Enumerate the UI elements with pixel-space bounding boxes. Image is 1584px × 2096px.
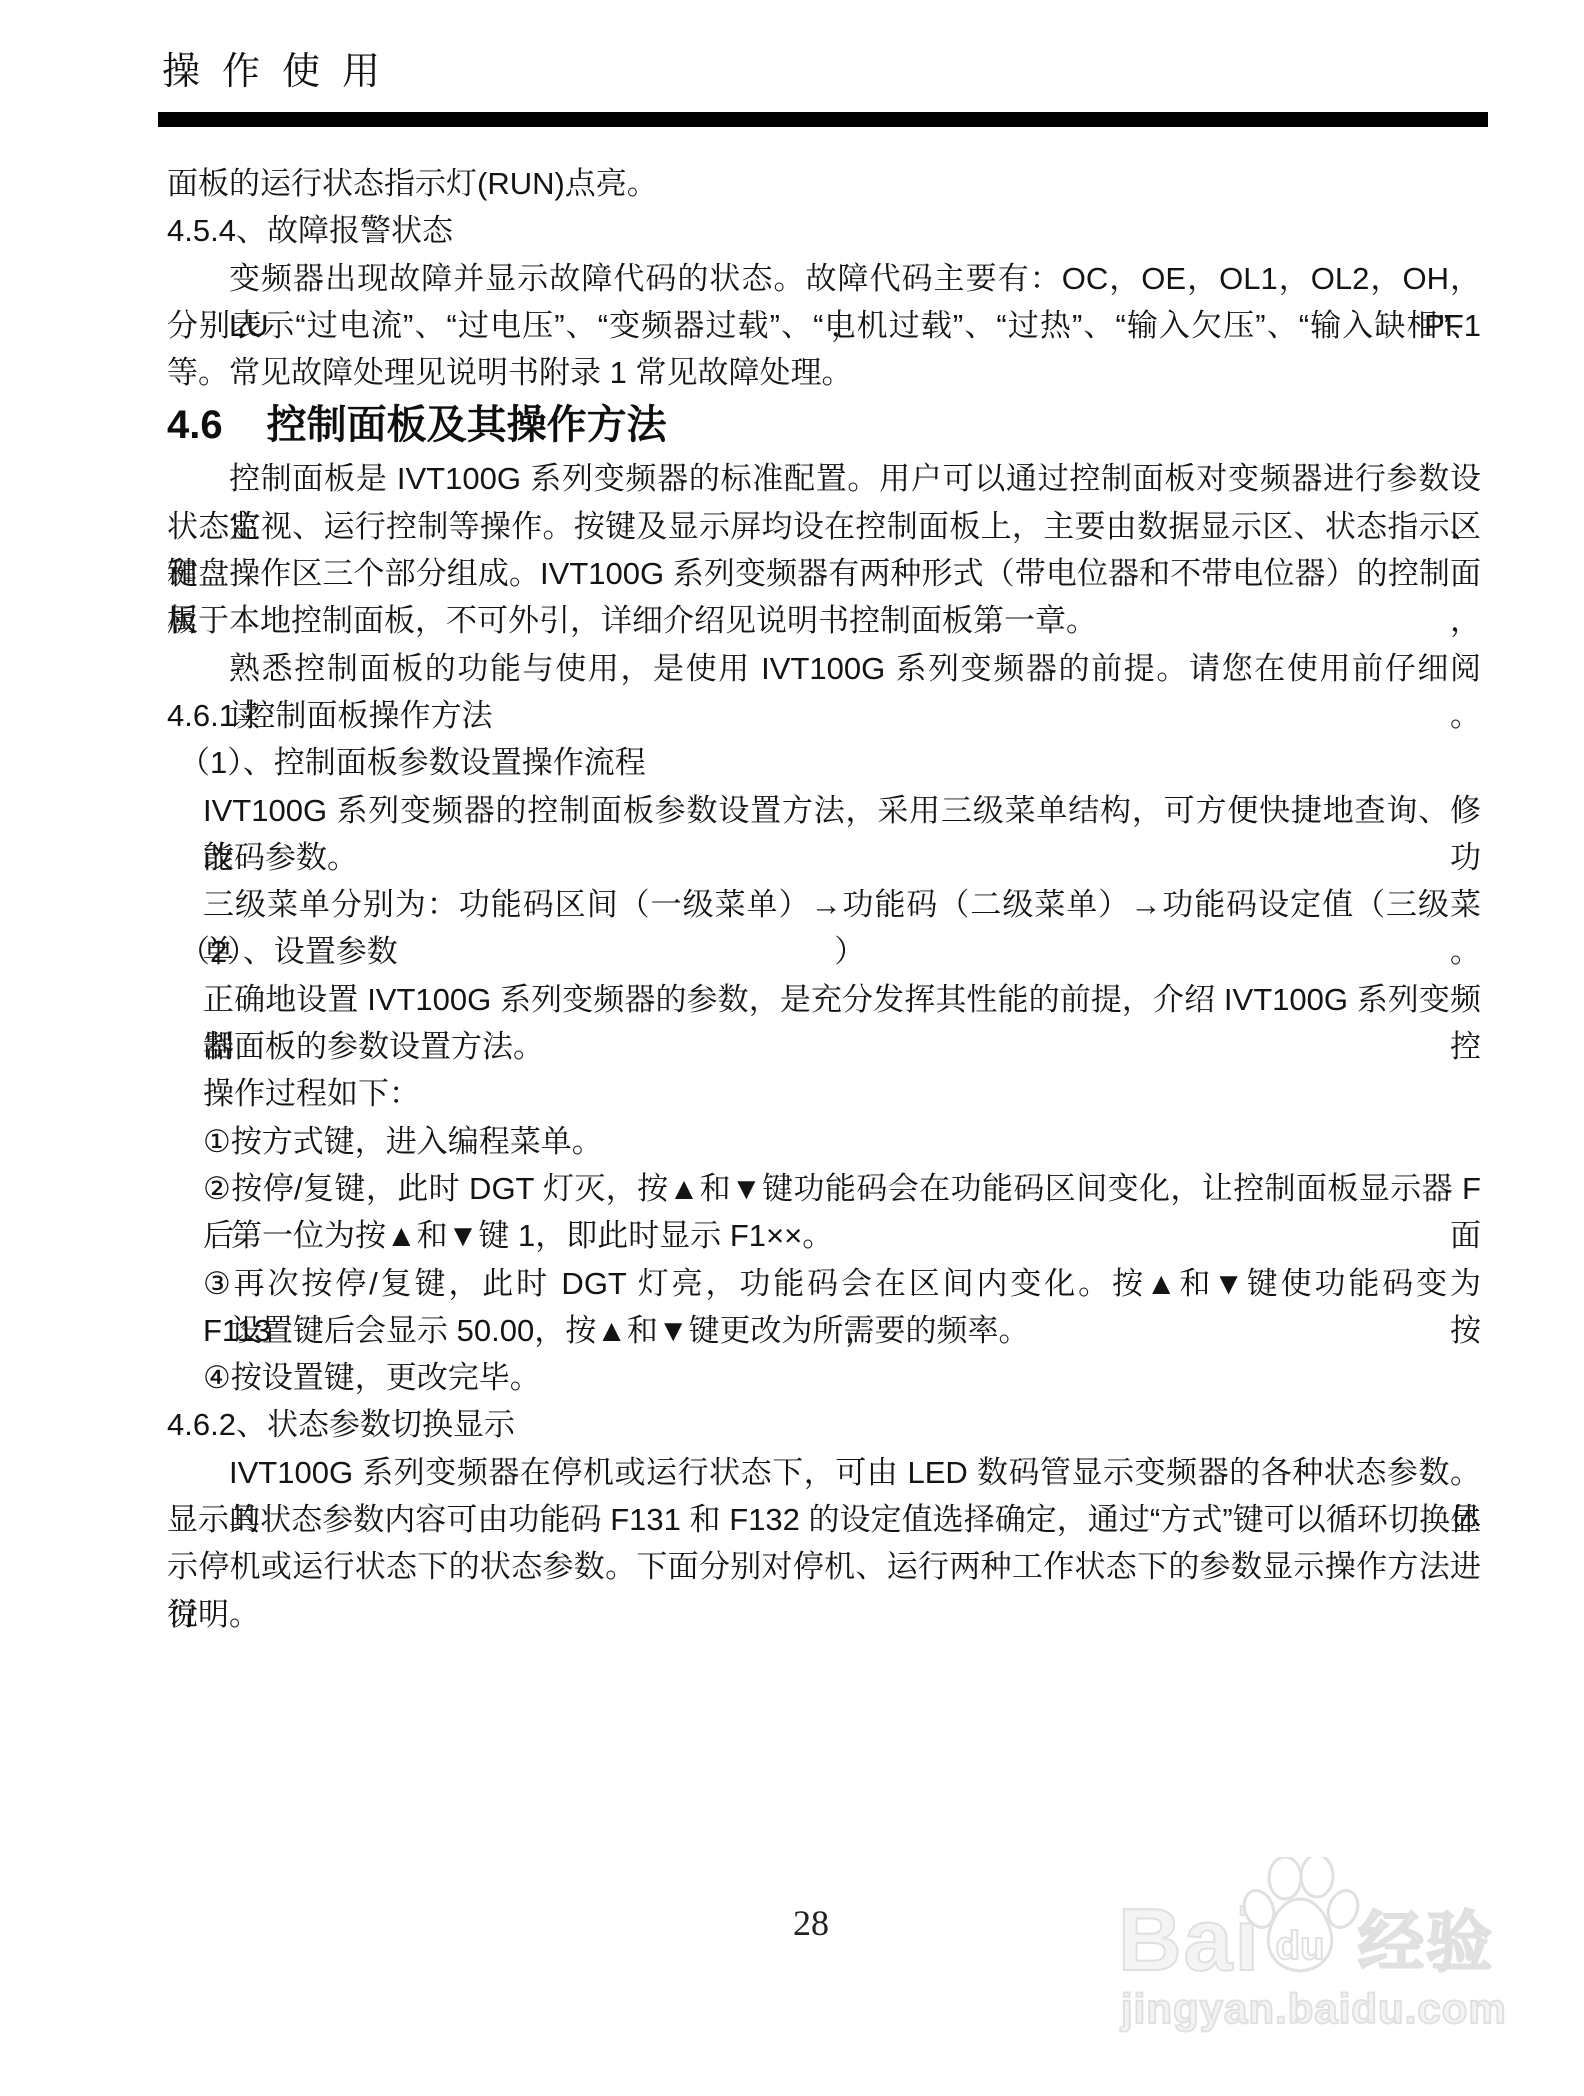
text-line: 面板的运行状态指示灯(RUN)点亮。 bbox=[167, 160, 1481, 207]
text-line: IVT100G 系列变频器的控制面板参数设置方法，采用三级菜单结构，可方便快捷地… bbox=[167, 787, 1481, 834]
text-line: ②按停/复键，此时 DGT 灯灭，按▲和▼键功能码会在功能码区间变化，让控制面板… bbox=[167, 1165, 1481, 1212]
text-line: 显示的状态参数内容可由功能码 F131 和 F132 的设定值选择确定，通过“方… bbox=[167, 1496, 1481, 1543]
section-heading: 4.6控制面板及其操作方法 bbox=[167, 396, 1481, 455]
header-rule bbox=[158, 112, 1488, 127]
jingyan-wordmark: 经验 bbox=[1358, 1906, 1494, 1978]
text-line: ④按设置键，更改完毕。 bbox=[167, 1354, 1481, 1401]
text-line: 变频器出现故障并显示故障代码的状态。故障代码主要有：OC，OE，OL1，OL2，… bbox=[167, 255, 1481, 302]
text-line: 三级菜单分别为：功能码区间（一级菜单）→功能码（二级菜单）→功能码设定值（三级菜… bbox=[167, 881, 1481, 928]
document-body: 面板的运行状态指示灯(RUN)点亮。4.5.4、故障报警状态变频器出现故障并显示… bbox=[167, 160, 1481, 1638]
heading-number: 4.6 bbox=[167, 403, 223, 447]
page-header-title: 操作使用 bbox=[162, 40, 402, 95]
heading-text: 控制面板及其操作方法 bbox=[267, 403, 667, 447]
watermark-url: jingyan.baidu.com bbox=[1121, 1984, 1507, 2034]
text-line: 键盘操作区三个部分组成。IVT100G 系列变频器有两种形式（带电位器和不带电位… bbox=[167, 550, 1481, 597]
paw-icon: du bbox=[1240, 1857, 1360, 1983]
text-line: 状态监视、运行控制等操作。按键及显示屏均设在控制面板上，主要由数据显示区、状态指… bbox=[167, 503, 1481, 550]
text-line: 控制面板是 IVT100G 系列变频器的标准配置。用户可以通过控制面板对变频器进… bbox=[167, 455, 1481, 502]
text-line: IVT100G 系列变频器在停机或运行状态下，可由 LED 数码管显示变频器的各… bbox=[167, 1449, 1481, 1496]
paw-du-label: du bbox=[1276, 1924, 1325, 1968]
text-line: 熟悉控制面板的功能与使用，是使用 IVT100G 系列变频器的前提。请您在使用前… bbox=[167, 645, 1481, 692]
text-line: 4.5.4、故障报警状态 bbox=[167, 207, 1481, 254]
text-line: 说明。 bbox=[167, 1591, 1481, 1638]
text-line: 分别表示“过电流”、“过电压”、“变频器过载”、“电机过载”、“过热”、“输入欠… bbox=[167, 302, 1481, 349]
text-line: 等。常见故障处理见说明书附录 1 常见故障处理。 bbox=[167, 349, 1481, 396]
text-line: （1）、控制面板参数设置操作流程 bbox=[167, 739, 1481, 786]
text-line: 正确地设置 IVT100G 系列变频器的参数，是充分发挥其性能的前提，介绍 IV… bbox=[167, 976, 1481, 1023]
text-line: 操作过程如下： bbox=[167, 1070, 1481, 1117]
text-line: 4.6.2、状态参数切换显示 bbox=[167, 1401, 1481, 1448]
page-number: 28 bbox=[793, 1902, 829, 1944]
text-line: 示停机或运行状态下的状态参数。下面分别对停机、运行两种工作状态下的参数显示操作方… bbox=[167, 1543, 1481, 1590]
text-line: ③再次按停/复键，此时 DGT 灯亮，功能码会在区间内变化。按▲和▼键使功能码变… bbox=[167, 1260, 1481, 1307]
document-page: 操作使用 面板的运行状态指示灯(RUN)点亮。4.5.4、故障报警状态变频器出现… bbox=[0, 0, 1584, 2096]
text-line: ①按方式键，进入编程菜单。 bbox=[167, 1118, 1481, 1165]
